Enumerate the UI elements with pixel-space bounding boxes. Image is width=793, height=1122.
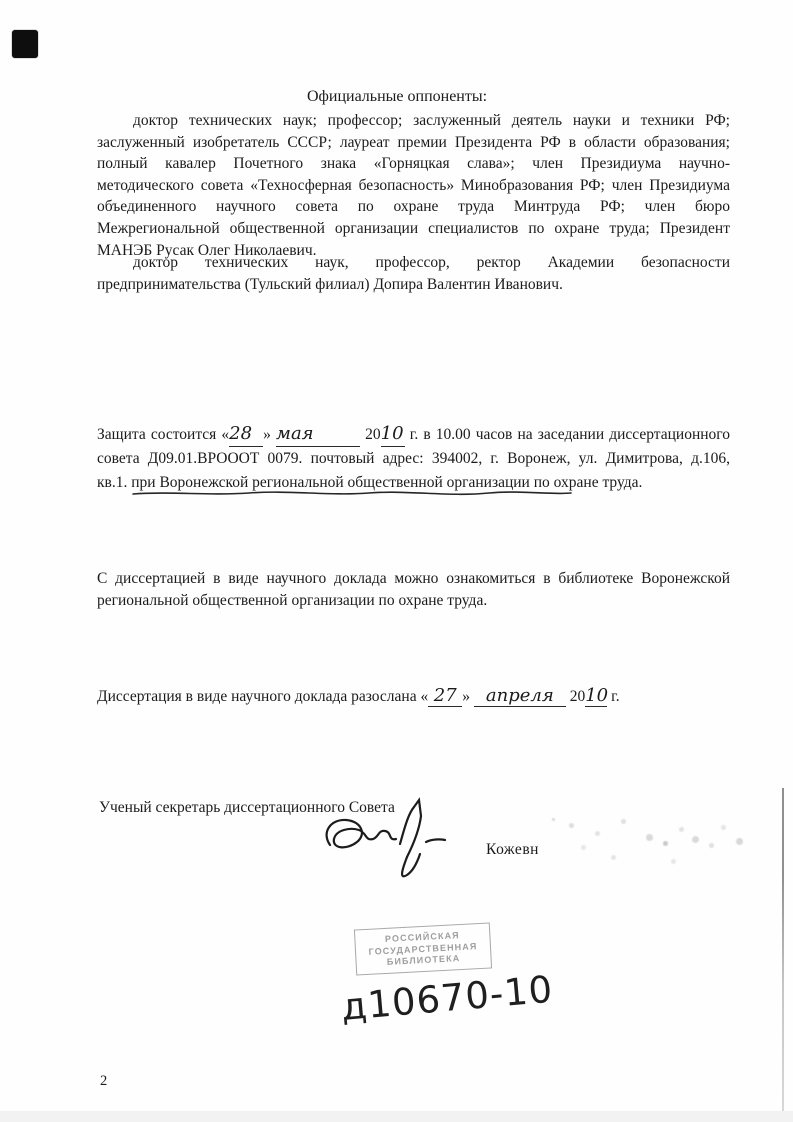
paragraph-line: предпринимательства (Тульский филиал) До… <box>97 274 730 296</box>
defense-line1-rest: г. в 10.00 часов на заседании диссертаци… <box>410 426 730 443</box>
paragraph-line: полный кавалер Почетного знака «Горняцка… <box>97 153 730 175</box>
paragraph-line: доктор технических наук; профессор; засл… <box>97 110 730 132</box>
mailed-suffix: г. <box>611 688 619 705</box>
paragraph-line: методического совета «Техносферная безоп… <box>97 175 730 197</box>
defense-prefix: Защита состоится « <box>97 426 229 443</box>
closing-quote: » <box>462 688 470 705</box>
paragraph-line: С диссертацией в виде научного доклада м… <box>97 568 730 590</box>
pen-underline <box>131 488 573 498</box>
scan-corner-artifact <box>12 30 38 58</box>
paragraph-line: Защита состоится «28» мая 2010 г. в 10.0… <box>97 423 730 447</box>
catalog-number: д10670-10 <box>339 968 555 1029</box>
handwritten-month: апреля <box>486 685 554 706</box>
paragraph-line: доктор технических наук, профессор, рект… <box>97 252 730 274</box>
handwritten-day: 28 <box>229 423 252 444</box>
library-paragraph: С диссертацией в виде научного доклада м… <box>97 568 730 613</box>
paragraph-line: Межрегиональной общественной организации… <box>97 218 730 240</box>
signature <box>314 797 452 883</box>
closing-quote: » <box>263 426 271 443</box>
paragraph-line: совета Д09.01.ВРОООТ 0079. почтовый адре… <box>97 447 730 470</box>
paragraph-line: объединенного научного совета по охране … <box>97 196 730 218</box>
handwritten-month-blank: мая <box>276 423 360 447</box>
handwritten-year: 10 <box>381 423 404 444</box>
handwritten-year-blank: 10 <box>381 423 405 447</box>
year-printed: 20 <box>570 688 586 705</box>
defense-paragraph: Защита состоится «28» мая 2010 г. в 10.0… <box>97 423 730 494</box>
handwritten-day-blank: 28 <box>229 423 263 447</box>
handwritten-day: 27 <box>434 685 457 706</box>
document-page: Официальные оппоненты: доктор технически… <box>0 0 793 1122</box>
handwritten-month-blank: апреля <box>474 687 566 707</box>
paragraph-line: заслуженный изобретатель СССР; лауреат п… <box>97 132 730 154</box>
opponent-paragraph-2: доктор технических наук, профессор, рект… <box>97 252 730 295</box>
handwritten-year-blank: 10 <box>585 687 607 707</box>
section-title: Официальные оппоненты: <box>97 88 697 106</box>
opponent-paragraph-1: доктор технических наук; профессор; засл… <box>97 110 730 261</box>
library-stamp: РОССИЙСКАЯ ГОСУДАРСТВЕННАЯ БИБЛИОТЕКА <box>354 922 492 975</box>
year-printed: 20 <box>365 426 381 443</box>
scan-bottom-edge <box>0 1111 793 1122</box>
scan-edge-line <box>782 788 784 1122</box>
handwritten-year: 10 <box>585 685 608 706</box>
paragraph-line: региональной общественной организации по… <box>97 590 730 612</box>
mailed-prefix: Диссертация в виде научного доклада разо… <box>97 688 428 705</box>
handwritten-month: мая <box>276 423 314 444</box>
mailed-line: Диссертация в виде научного доклада разо… <box>97 687 730 707</box>
handwritten-day-blank: 27 <box>428 687 462 707</box>
secretary-label: Ученый секретарь диссертационного Совета <box>99 799 519 817</box>
faded-text-smudge <box>552 818 555 821</box>
secretary-name: Кожевн <box>486 841 539 859</box>
page-number: 2 <box>100 1073 107 1090</box>
